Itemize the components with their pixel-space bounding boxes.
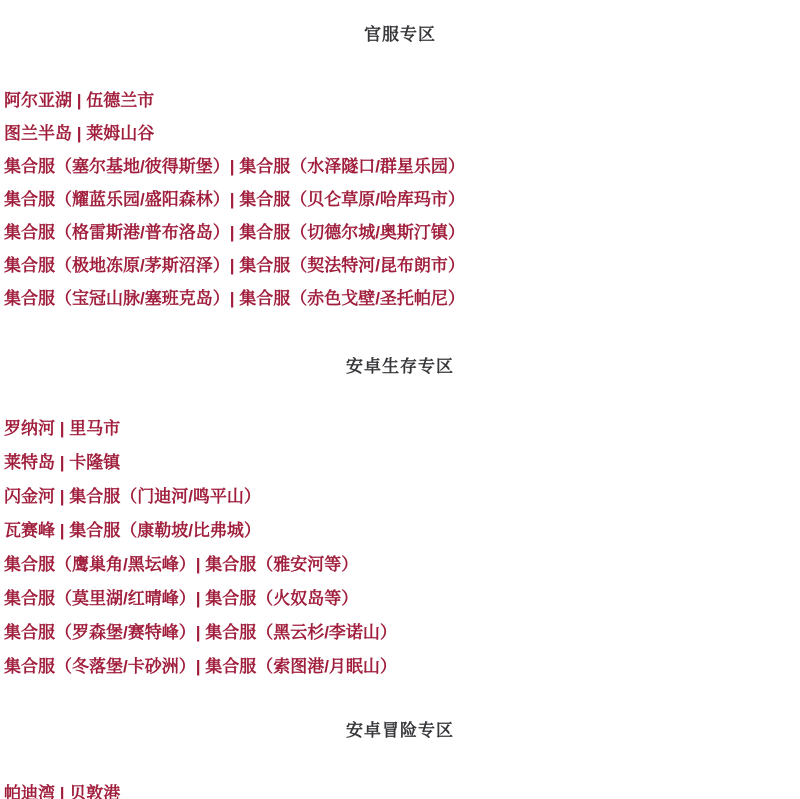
- server-line: 莱特岛 | 卡隆镇: [4, 454, 796, 471]
- server-line: 闪金河 | 集合服（门迪河/鸣平山）: [4, 488, 796, 505]
- server-line: 阿尔亚湖 | 伍德兰市: [4, 92, 796, 109]
- server-line: 帕迪湾 | 贝敦港: [4, 785, 796, 799]
- section-title: 官服专区: [4, 26, 796, 43]
- server-line: 瓦赛峰 | 集合服（康勒坡/比弗城）: [4, 522, 796, 539]
- server-line: 集合服（极地冻原/茅斯沼泽）| 集合服（契法特河/昆布朗市）: [4, 257, 796, 274]
- server-line: 集合服（鹰巢角/黑坛峰）| 集合服（雅安河等）: [4, 556, 796, 573]
- server-line: 图兰半岛 | 莱姆山谷: [4, 125, 796, 142]
- server-line: 集合服（耀蓝乐园/盛阳森林）| 集合服（贝仑草原/哈库玛市）: [4, 191, 796, 208]
- server-line: 集合服（格雷斯港/普布洛岛）| 集合服（切德尔城/奥斯汀镇）: [4, 224, 796, 241]
- section-title: 安卓生存专区: [4, 358, 796, 375]
- server-line: 集合服（冬落堡/卡砂洲）| 集合服（索图港/月眠山）: [4, 658, 796, 675]
- server-line: 罗纳河 | 里马市: [4, 420, 796, 437]
- server-line: 集合服（莫里湖/红晴峰）| 集合服（火奴岛等）: [4, 590, 796, 607]
- server-line: 集合服（塞尔基地/彼得斯堡）| 集合服（水泽隧口/群星乐园）: [4, 158, 796, 175]
- server-list-page: 官服专区阿尔亚湖 | 伍德兰市图兰半岛 | 莱姆山谷集合服（塞尔基地/彼得斯堡）…: [0, 0, 800, 799]
- server-line: 集合服（罗森堡/赛特峰）| 集合服（黑云杉/李诺山）: [4, 624, 796, 641]
- server-line: 集合服（宝冠山脉/塞班克岛）| 集合服（赤色戈壁/圣托帕尼）: [4, 290, 796, 307]
- section-title: 安卓冒险专区: [4, 722, 796, 739]
